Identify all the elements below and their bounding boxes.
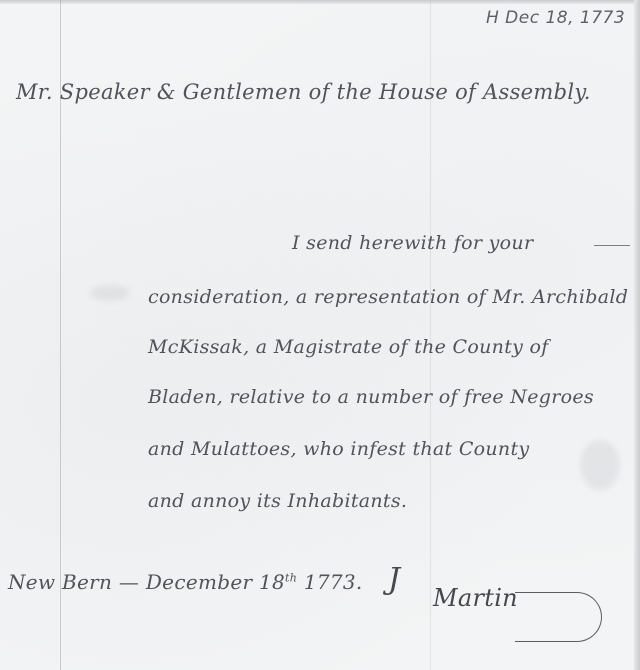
archive-note: H Dec 18, 1773 (486, 8, 625, 28)
signature: Martin (385, 584, 518, 612)
salutation: Mr. Speaker & Gentlemen of the House of … (16, 80, 591, 104)
body-line: Bladen, relative to a number of free Neg… (148, 386, 594, 408)
date-ordinal: th (285, 571, 297, 584)
body-line: I send herewith for your (292, 232, 533, 254)
body-line: and annoy its Inhabitants. (148, 490, 407, 512)
place-date: New Bern — December 18th 1773. (8, 570, 363, 594)
date: December 18 (146, 570, 285, 594)
body-line: consideration, a representation of Mr. A… (148, 286, 628, 308)
year: 1773. (304, 570, 363, 594)
page-right-edge (634, 0, 640, 670)
signature-flourish (515, 592, 602, 642)
place: New Bern (8, 570, 112, 594)
paper-smudge (90, 285, 130, 301)
paper-smudge (580, 440, 620, 490)
signature-name: Martin (433, 584, 518, 612)
page-top-border (0, 0, 640, 4)
line-filler-dash (594, 245, 630, 246)
manuscript-page: H Dec 18, 1773 Mr. Speaker & Gentlemen o… (0, 0, 640, 670)
body-line: and Mulattoes, who infest that County (148, 438, 529, 460)
body-line: McKissak, a Magistrate of the County of (148, 336, 549, 358)
date-separator: — (119, 570, 139, 594)
